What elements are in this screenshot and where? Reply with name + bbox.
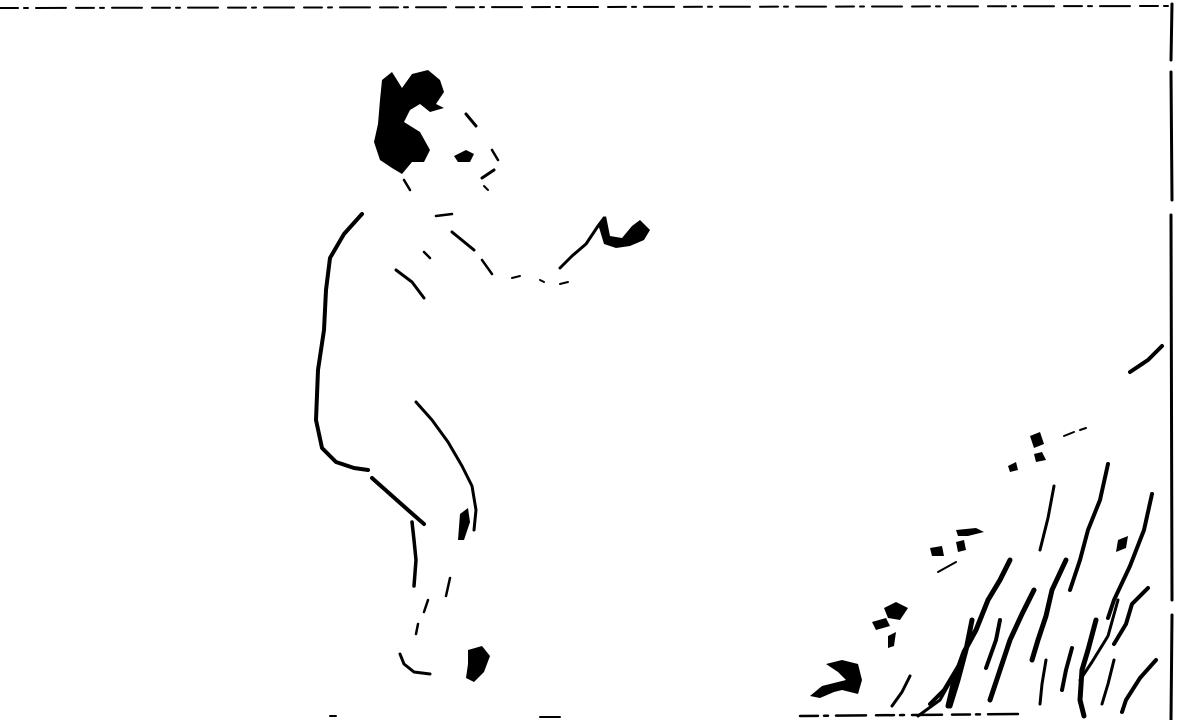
grass-clump [810, 660, 862, 698]
sketch-drawing [0, 0, 1191, 720]
foot [466, 646, 490, 682]
hand [598, 216, 650, 248]
figure [316, 70, 650, 682]
hair [374, 70, 444, 174]
frame-border [0, 4, 1172, 720]
grass-slope [810, 346, 1162, 716]
